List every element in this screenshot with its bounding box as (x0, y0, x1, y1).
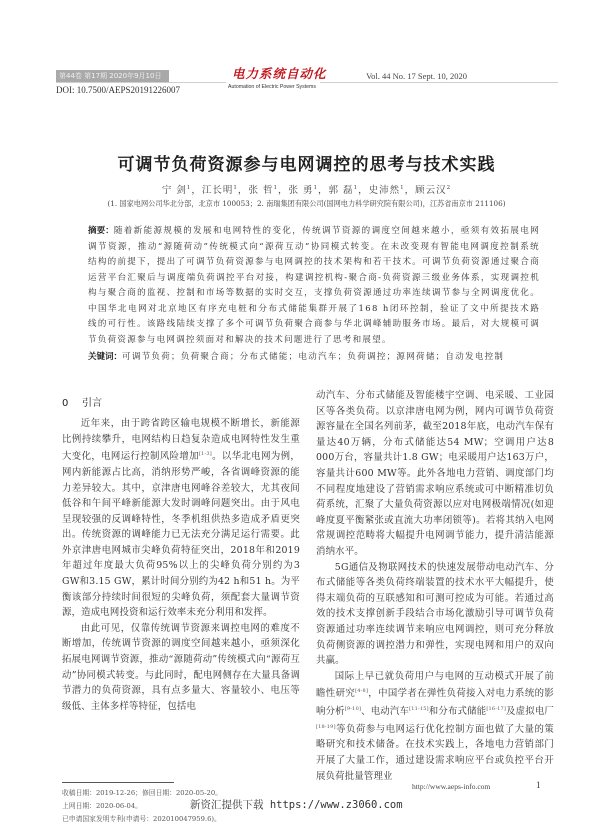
paragraph-text: 和分布式储能 (429, 706, 487, 717)
author-affiliation-mark: 1 (233, 185, 238, 191)
citation[interactable]: [1-3] (199, 451, 212, 457)
author-affiliation-mark: 1 (400, 185, 405, 191)
citation[interactable]: [4-8] (355, 688, 368, 694)
author-name: 郭 磊 (329, 185, 354, 196)
author-affiliation-mark: 2 (447, 185, 452, 191)
patent-note: 已申请国家发明专利(申请号：202010047959.6)。 (62, 813, 302, 825)
journal-name-en: Automation of Electric Power Systems (224, 84, 320, 90)
footnote-rule (62, 782, 174, 783)
author-name: 江长明 (202, 185, 234, 196)
abstract: 摘要：随着新能源规模的发展和电网特性的变化，传统调节资源的调度空间越来越小，亟须… (88, 224, 540, 348)
header-rule-left (56, 82, 226, 83)
abstract-label: 摘要： (88, 226, 114, 236)
keywords-label: 关键词： (88, 352, 122, 362)
body-column-right: 动汽车、分布式储能及智能楼宇空调、电采暖、工业园区等各类负荷。以京津唐电网为例，… (316, 388, 554, 784)
keywords-text: 可调节负荷；负荷聚合商；分布式储能；电动汽车；负荷调控；源网荷储；自动发电控制 (122, 352, 504, 362)
journal-logo: 电力系统自动化 (232, 64, 314, 82)
issue-badge: 第44卷 第17期 2020年9月10日 (56, 70, 169, 82)
paragraph-text: 及虚拟电厂 (506, 706, 554, 717)
doi: DOI: 10.7500/AEPS20191226007 (56, 85, 180, 95)
author-affiliation-mark: 1 (354, 185, 359, 191)
page-number: 1 (536, 780, 541, 790)
abstract-text: 随着新能源规模的发展和电网特性的变化，传统调节资源的调度空间越来越小，亟须有效拓… (88, 226, 540, 345)
author-affiliation-mark: 1 (187, 185, 192, 191)
affiliations: (1. 国家电网公司华北分部，北京市 100053；2. 南瑞集团有限公司(国网… (0, 199, 613, 209)
paragraph: 近年来，由于跨省跨区输电规模不断增长，新能源比例持续攀升，电网结构日趋复杂造成电… (62, 416, 300, 621)
author-affiliation-mark: 1 (273, 185, 278, 191)
citation[interactable]: [18-19] (316, 724, 336, 730)
paragraph-text: 、电动汽车 (361, 706, 409, 717)
section-number: 0 (62, 398, 82, 409)
paragraph-text: 5G通信及物联网技术的快速发展带动电动汽车、分布式储能等各类负荷终端装置的技术水… (316, 562, 554, 667)
section-title: 引言 (82, 398, 102, 409)
author-list: 宁 剑1，江长明1，张 哲1，张 勇1，郭 磊1，史沛然1，顾云汉2 (0, 182, 613, 196)
paragraph: 动汽车、分布式储能及智能楼宇空调、电采暖、工业园区等各类负荷。以京津唐电网为例，… (316, 388, 554, 560)
paragraph-text: 由此可见，仅靠传统调节资源来调控电网的难度不断增加，传统调节资源的调度空间越来越… (62, 623, 300, 712)
citation[interactable]: [16-17] (486, 706, 506, 712)
paragraph-text: 动汽车、分布式储能及智能楼宇空调、电采暖、工业园区等各类负荷。以京津唐电网为例，… (316, 390, 554, 557)
header-rule-right (320, 82, 558, 83)
paragraph-text: 。以华北电网为例，网内新能源占比高，消纳形势严峻，各省调峰资源的能力差异较大。其… (62, 451, 300, 618)
author-name: 顾云汉 (415, 185, 447, 196)
body-column-left: 近年来，由于跨省跨区输电规模不断增长，新能源比例持续攀升，电网结构日趋复杂造成电… (62, 416, 300, 714)
paper-title: 可调节负荷资源参与电网调控的思考与技术实践 (0, 150, 613, 175)
author-name: 史沛然 (369, 185, 401, 196)
author-affiliation-mark: 1 (314, 185, 319, 191)
paragraph: 由此可见，仅靠传统调节资源来调控电网的难度不断增加，传统调节资源的调度空间越来越… (62, 621, 300, 715)
citation[interactable]: [11-15] (409, 706, 429, 712)
paragraph: 国际上早已就负荷用户与电网的互动模式开展了前瞻性研究[4-8]，中国学者在弹性负… (316, 669, 554, 785)
volume-info: Vol. 44 No. 17 Sept. 10, 2020 (366, 71, 467, 81)
section-heading: 0引言 (62, 394, 102, 409)
download-watermark: 新资汇提供下载 https://www.z3060.com (190, 797, 403, 812)
keywords: 关键词：可调节负荷；负荷聚合商；分布式储能；电动汽车；负荷调控；源网荷储；自动发… (88, 350, 540, 366)
citation[interactable]: [9-10] (345, 706, 361, 712)
journal-url[interactable]: http://www.aeps-info.com (412, 782, 490, 791)
author-name: 宁 剑 (162, 185, 187, 196)
paragraph-text: 等负荷参与电网运行优化控制方面也做了大量的策略研究和技术储备。在技术实践上，各地… (316, 724, 554, 782)
author-name: 张 哲 (248, 185, 273, 196)
paragraph: 5G通信及物联网技术的快速发展带动电动汽车、分布式储能等各类负荷终端装置的技术水… (316, 560, 554, 669)
author-name: 张 勇 (288, 185, 313, 196)
